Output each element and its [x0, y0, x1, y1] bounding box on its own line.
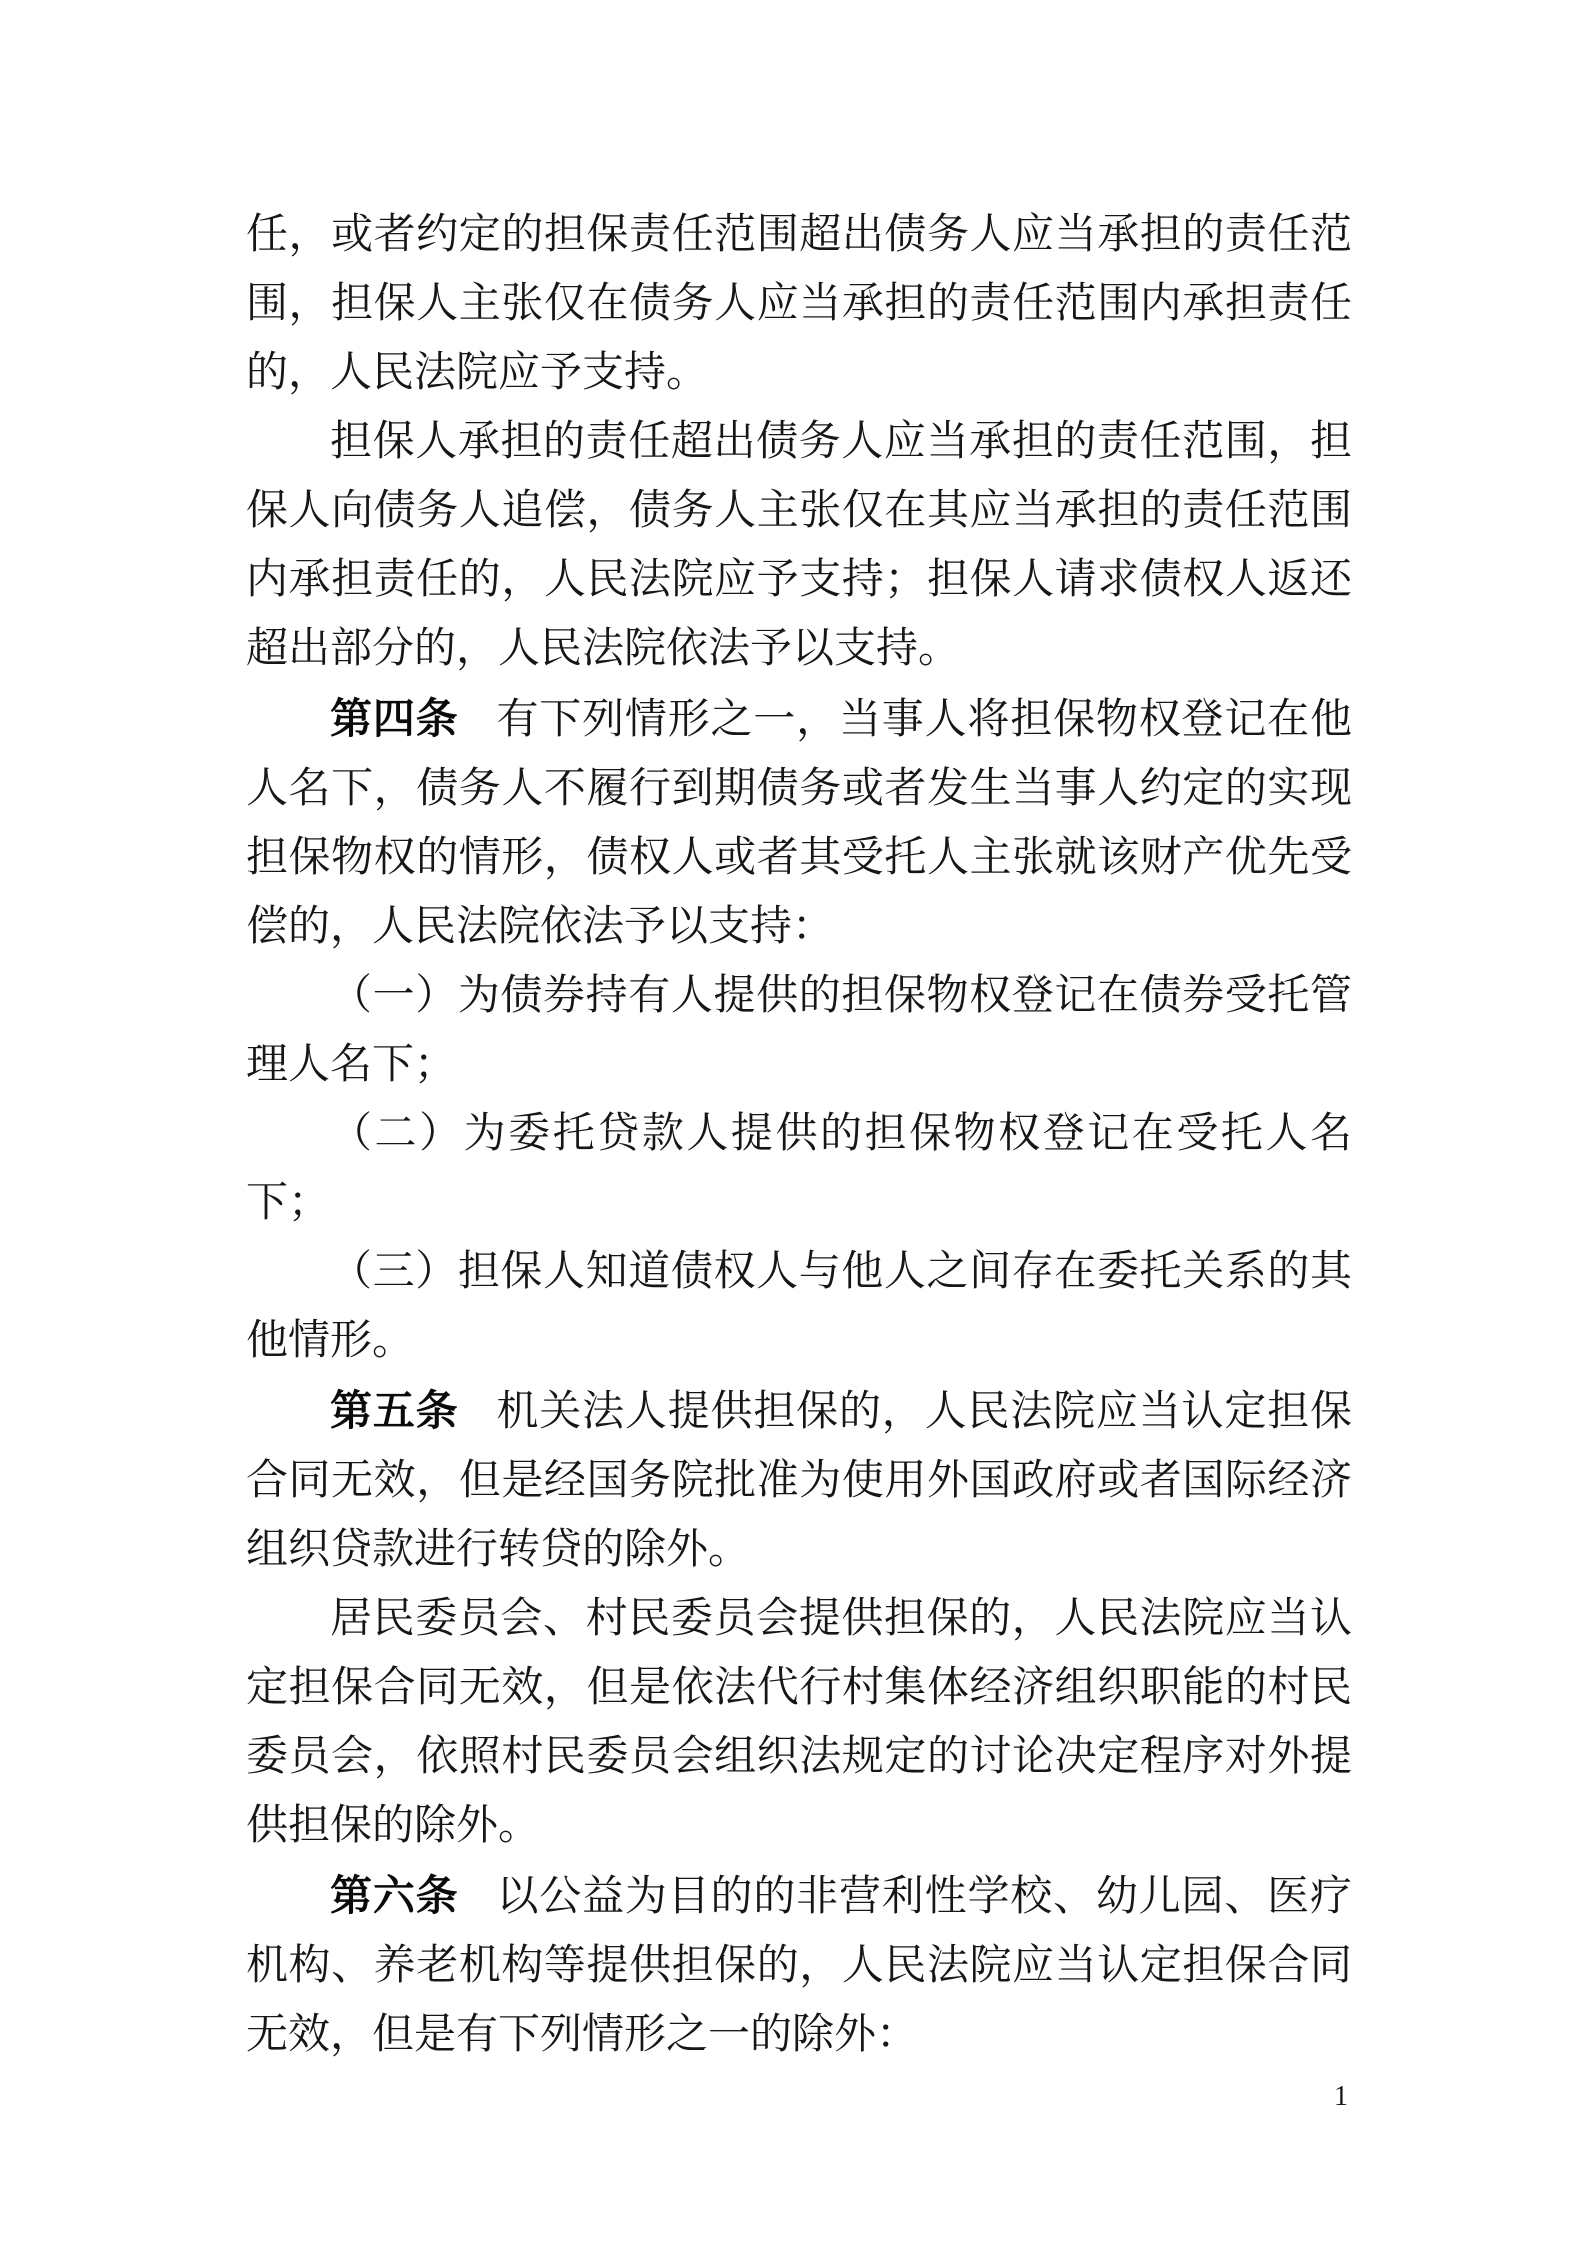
- paragraph: 任，或者约定的担保责任范围超出债务人应当承担的责任范围，担保人主张仅在债务人应当…: [246, 201, 1352, 408]
- article-number-heading: 第五条: [330, 1387, 458, 1434]
- paragraph-text: （一）为债券持有人提供的担保物权登记在债券受托管理人名下；: [246, 973, 1352, 1088]
- paragraph: 居民委员会、村民委员会提供担保的，人民法院应当认定担保合同无效，但是依法代行村集…: [246, 1585, 1352, 1861]
- page-footer: 1: [1326, 2080, 1356, 2114]
- page-number: 1: [1334, 2081, 1348, 2112]
- document-page: 任，或者约定的担保责任范围超出债务人应当承担的责任范围，担保人主张仅在债务人应当…: [0, 0, 1587, 2245]
- document-body: 任，或者约定的担保责任范围超出债务人应当承担的责任范围，担保人主张仅在债务人应当…: [246, 201, 1352, 2070]
- paragraph: （一）为债券持有人提供的担保物权登记在债券受托管理人名下；: [246, 962, 1352, 1100]
- paragraph: （三）担保人知道债权人与他人之间存在委托关系的其他情形。: [246, 1238, 1352, 1376]
- paragraph: 第六条以公益为目的的非营利性学校、幼儿园、医疗机构、养老机构等提供担保的，人民法…: [246, 1861, 1352, 2070]
- paragraph-text: 任，或者约定的担保责任范围超出债务人应当承担的责任范围，担保人主张仅在债务人应当…: [246, 212, 1352, 396]
- paragraph: 第五条机关法人提供担保的，人民法院应当认定担保合同无效，但是经国务院批准为使用外…: [246, 1376, 1352, 1585]
- paragraph-text: （二）为委托贷款人提供的担保物权登记在受托人名下；: [246, 1111, 1352, 1226]
- paragraph-text: 担保人承担的责任超出债务人应当承担的责任范围，担保人向债务人追偿，债务人主张仅在…: [246, 419, 1352, 672]
- paragraph-text: 居民委员会、村民委员会提供担保的，人民法院应当认定担保合同无效，但是依法代行村集…: [246, 1596, 1352, 1849]
- article-number-heading: 第六条: [330, 1872, 458, 1919]
- paragraph: （二）为委托贷款人提供的担保物权登记在受托人名下；: [246, 1100, 1352, 1238]
- paragraph: 担保人承担的责任超出债务人应当承担的责任范围，担保人向债务人追偿，债务人主张仅在…: [246, 408, 1352, 684]
- article-number-heading: 第四条: [330, 695, 458, 742]
- paragraph-text: （三）担保人知道债权人与他人之间存在委托关系的其他情形。: [246, 1249, 1352, 1364]
- paragraph: 第四条有下列情形之一，当事人将担保物权登记在他人名下，债务人不履行到期债务或者发…: [246, 684, 1352, 962]
